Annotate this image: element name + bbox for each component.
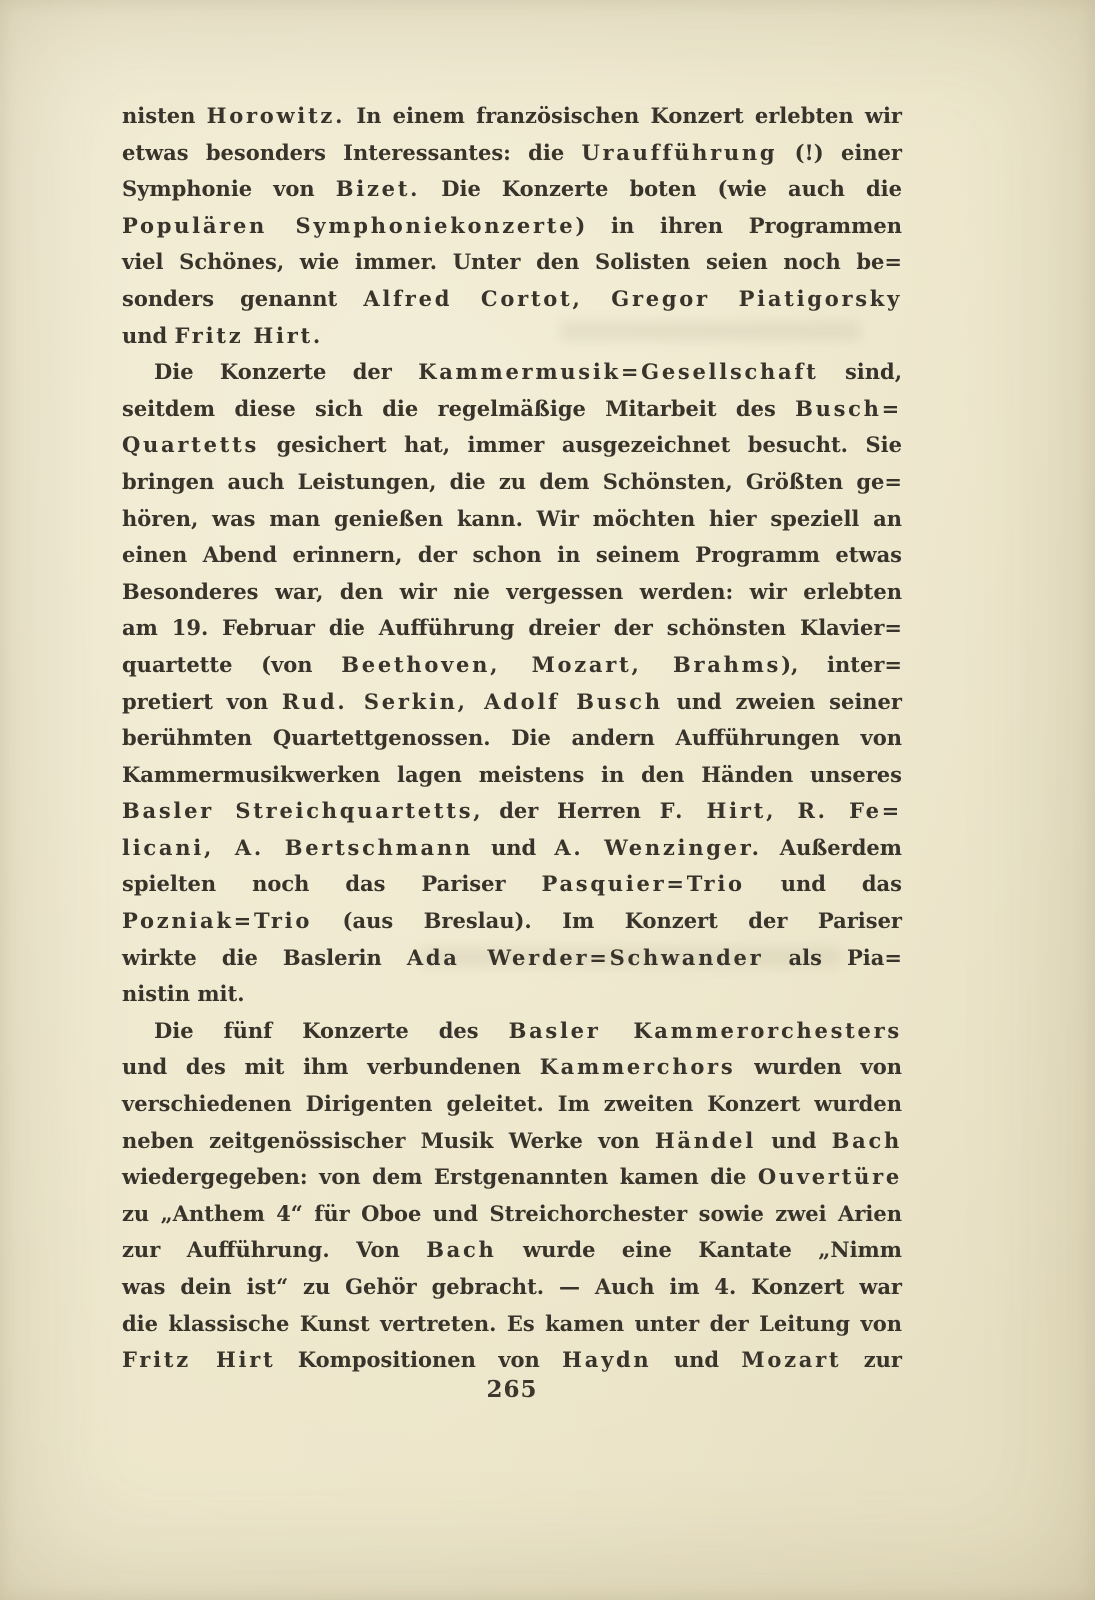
scanned-book-page: nisten Horowitz. In einem französischen … — [0, 0, 1095, 1600]
text-line: viel Schönes, wie immer. Unter den Solis… — [122, 244, 902, 281]
text-segment: etwas besonders Interessantes: die — [122, 140, 581, 165]
text-segment: Die Konzerte der — [154, 359, 418, 384]
text-line: etwas besonders Interessantes: die Urauf… — [122, 135, 902, 172]
text-line: berühmten Quartettgenossen. Die andern A… — [122, 720, 902, 757]
text-line: Besonderes war, den wir nie vergessen we… — [122, 574, 902, 611]
letterspaced-emphasis: A. Wenzinger. — [554, 835, 761, 860]
text-line: seitdem diese sich die regelmäßige Mitar… — [122, 391, 902, 428]
text-line: und des mit ihm verbundenen Kammerchors … — [122, 1049, 902, 1086]
text-segment: und zweien seiner — [663, 689, 902, 714]
letterspaced-emphasis: Bizet. — [336, 176, 420, 201]
text-segment: und — [651, 1347, 741, 1372]
letterspaced-emphasis: Mozart — [741, 1347, 841, 1372]
text-line: zur Aufführung. Von Bach wurde eine Kant… — [122, 1232, 902, 1269]
text-line: und Fritz Hirt. — [122, 318, 902, 355]
text-segment: ) in ihren Programmen — [575, 213, 902, 238]
text-segment: was dein ist“ zu Gehör gebracht. — Auch … — [122, 1274, 902, 1299]
text-line: am 19. Februar die Aufführung dreier der… — [122, 610, 902, 647]
text-segment: Symphonie von — [122, 176, 336, 201]
text-segment: bringen auch Leistungen, die zu dem Schö… — [122, 469, 902, 494]
text-segment: und des mit ihm verbundenen — [122, 1054, 540, 1079]
text-segment: zur — [841, 1347, 902, 1372]
text-segment: berühmten Quartettgenossen. Die andern A… — [122, 725, 902, 750]
text-segment: wirkte die Baslerin — [122, 945, 407, 970]
text-line: Kammermusikwerken lagen meistens in den … — [122, 757, 902, 794]
text-segment: wurde eine Kantate „Nimm — [497, 1237, 902, 1262]
letterspaced-emphasis: Ada Werder=Schwander — [407, 945, 764, 970]
text-segment: Die fünf Konzerte des — [154, 1018, 509, 1043]
page-number: 265 — [122, 1376, 902, 1403]
text-line: zu „Anthem 4“ für Oboe und Streichorches… — [122, 1196, 902, 1233]
text-segment: die klassische Kunst vertreten. Es kamen… — [122, 1311, 902, 1336]
text-segment: seitdem diese sich die regelmäßige Mitar… — [122, 396, 795, 421]
text-segment: quartette (von — [122, 652, 341, 677]
text-segment: einen Abend erinnern, der schon in seine… — [122, 542, 902, 567]
text-block: nisten Horowitz. In einem französischen … — [122, 98, 902, 1379]
letterspaced-emphasis: Pozniak=Trio — [122, 908, 312, 933]
letterspaced-emphasis: Fritz Hirt. — [175, 323, 323, 348]
text-segment: , der Herren — [473, 798, 659, 823]
text-segment: wiedergegeben: von dem Erstgenannten kam… — [122, 1164, 758, 1189]
text-segment: und — [756, 1128, 832, 1153]
text-line: hören, was man genießen kann. Wir möchte… — [122, 501, 902, 538]
letterspaced-emphasis: Alfred Cortot, Gregor Piatigorsky — [363, 286, 902, 311]
text-line: was dein ist“ zu Gehör gebracht. — Auch … — [122, 1269, 902, 1306]
text-segment: hören, was man genießen kann. Wir möchte… — [122, 506, 902, 531]
letterspaced-emphasis: Beethoven, Mozart, Brahms — [341, 652, 781, 677]
text-segment: Kammermusikwerken lagen meistens in den … — [122, 762, 902, 787]
text-line: verschiedenen Dirigenten geleitet. Im zw… — [122, 1086, 902, 1123]
text-line: wiedergegeben: von dem Erstgenannten kam… — [122, 1159, 902, 1196]
text-segment: ), inter= — [781, 652, 902, 677]
text-segment: pretiert von — [122, 689, 282, 714]
letterspaced-emphasis: Basler Streichquartetts — [122, 798, 473, 823]
text-segment: Die Konzerte boten (wie auch die — [420, 176, 902, 201]
text-line: sonders genannt Alfred Cortot, Gregor Pi… — [122, 281, 902, 318]
text-line: spielten noch das Pariser Pasquier=Trio … — [122, 866, 902, 903]
text-line: Die Konzerte der Kammermusik=Gesellschaf… — [122, 354, 902, 391]
text-segment: nistin mit. — [122, 981, 245, 1006]
letterspaced-emphasis: Quartetts — [122, 432, 259, 457]
text-segment: nisten — [122, 103, 207, 128]
letterspaced-emphasis: Uraufführung — [581, 140, 777, 165]
letterspaced-emphasis: Rud. Serkin, Adolf Busch — [282, 689, 663, 714]
text-line: Populären Symphoniekonzerte) in ihren Pr… — [122, 208, 902, 245]
text-segment: In einem französischen Konzert erlebten … — [345, 103, 902, 128]
text-segment: spielten noch das Pariser — [122, 871, 542, 896]
text-line: quartette (von Beethoven, Mozart, Brahms… — [122, 647, 902, 684]
text-segment: und — [473, 835, 554, 860]
letterspaced-emphasis: Horowitz. — [207, 103, 345, 128]
text-segment: (aus Breslau). Im Konzert der Pariser — [312, 908, 902, 933]
letterspaced-emphasis: Bach — [426, 1237, 496, 1262]
letterspaced-emphasis: Händel — [655, 1128, 756, 1153]
text-segment: neben zeitgenössischer Musik Werke von — [122, 1128, 655, 1153]
text-segment: am 19. Februar die Aufführung dreier der… — [122, 615, 902, 640]
text-segment: zur Aufführung. Von — [122, 1237, 426, 1262]
text-line: die klassische Kunst vertreten. Es kamen… — [122, 1306, 902, 1343]
text-line: wirkte die Baslerin Ada Werder=Schwander… — [122, 940, 902, 977]
text-line: Die fünf Konzerte des Basler Kammerorche… — [122, 1013, 902, 1050]
text-line: nisten Horowitz. In einem französischen … — [122, 98, 902, 135]
text-segment: gesichert hat, immer ausgezeichnet besuc… — [259, 432, 902, 457]
text-segment: Außerdem — [762, 835, 902, 860]
text-line: Symphonie von Bizet. Die Konzerte boten … — [122, 171, 902, 208]
letterspaced-emphasis: Haydn — [562, 1347, 651, 1372]
letterspaced-emphasis: Ouvertüre — [758, 1164, 902, 1189]
letterspaced-emphasis: Pasquier=Trio — [542, 871, 745, 896]
text-line: licani, A. Bertschmann und A. Wenzinger.… — [122, 830, 902, 867]
text-line: bringen auch Leistungen, die zu dem Schö… — [122, 464, 902, 501]
text-line: pretiert von Rud. Serkin, Adolf Busch un… — [122, 684, 902, 721]
text-line: nistin mit. — [122, 976, 902, 1013]
text-segment: (!) einer — [777, 140, 902, 165]
text-segment: sonders genannt — [122, 286, 363, 311]
text-segment: und — [122, 323, 175, 348]
text-segment: als Pia= — [763, 945, 902, 970]
text-line: Basler Streichquartetts, der Herren F. H… — [122, 793, 902, 830]
text-segment: verschiedenen Dirigenten geleitet. Im zw… — [122, 1091, 902, 1116]
text-segment: Besonderes war, den wir nie vergessen we… — [122, 579, 902, 604]
letterspaced-emphasis: licani, A. Bertschmann — [122, 835, 473, 860]
text-segment: zu „Anthem 4“ für Oboe und Streichorches… — [122, 1201, 902, 1226]
letterspaced-emphasis: Kammerchors — [540, 1054, 736, 1079]
text-segment: viel Schönes, wie immer. Unter den Solis… — [122, 249, 902, 274]
letterspaced-emphasis: Busch= — [795, 396, 902, 421]
letterspaced-emphasis: Kammermusik=Gesellschaft — [418, 359, 818, 384]
text-segment: Kompositionen von — [275, 1347, 562, 1372]
letterspaced-emphasis: Populären Symphoniekonzerte — [122, 213, 575, 238]
letterspaced-emphasis: Basler Kammerorchesters — [509, 1018, 902, 1043]
letterspaced-emphasis: F. Hirt, R. Fe= — [660, 798, 902, 823]
text-line: neben zeitgenössischer Musik Werke von H… — [122, 1123, 902, 1160]
text-segment: sind, — [819, 359, 902, 384]
text-line: einen Abend erinnern, der schon in seine… — [122, 537, 902, 574]
text-segment: wurden von — [735, 1054, 902, 1079]
text-segment: und das — [745, 871, 902, 896]
letterspaced-emphasis: Bach — [832, 1128, 902, 1153]
text-line: Quartetts gesichert hat, immer ausgezeic… — [122, 427, 902, 464]
letterspaced-emphasis: Fritz Hirt — [122, 1347, 275, 1372]
text-line: Pozniak=Trio (aus Breslau). Im Konzert d… — [122, 903, 902, 940]
text-line: Fritz Hirt Kompositionen von Haydn und M… — [122, 1342, 902, 1379]
